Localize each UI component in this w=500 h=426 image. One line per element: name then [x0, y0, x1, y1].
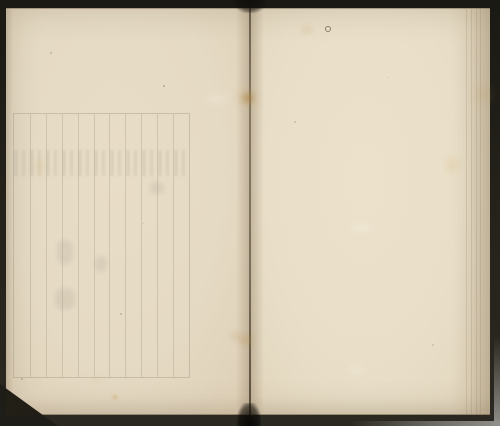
book-scan-frame	[0, 0, 500, 426]
scanner-edge-strip-right	[494, 336, 500, 426]
scanner-edge-strip-bottom	[350, 421, 500, 426]
vignette-overlay	[6, 8, 490, 415]
